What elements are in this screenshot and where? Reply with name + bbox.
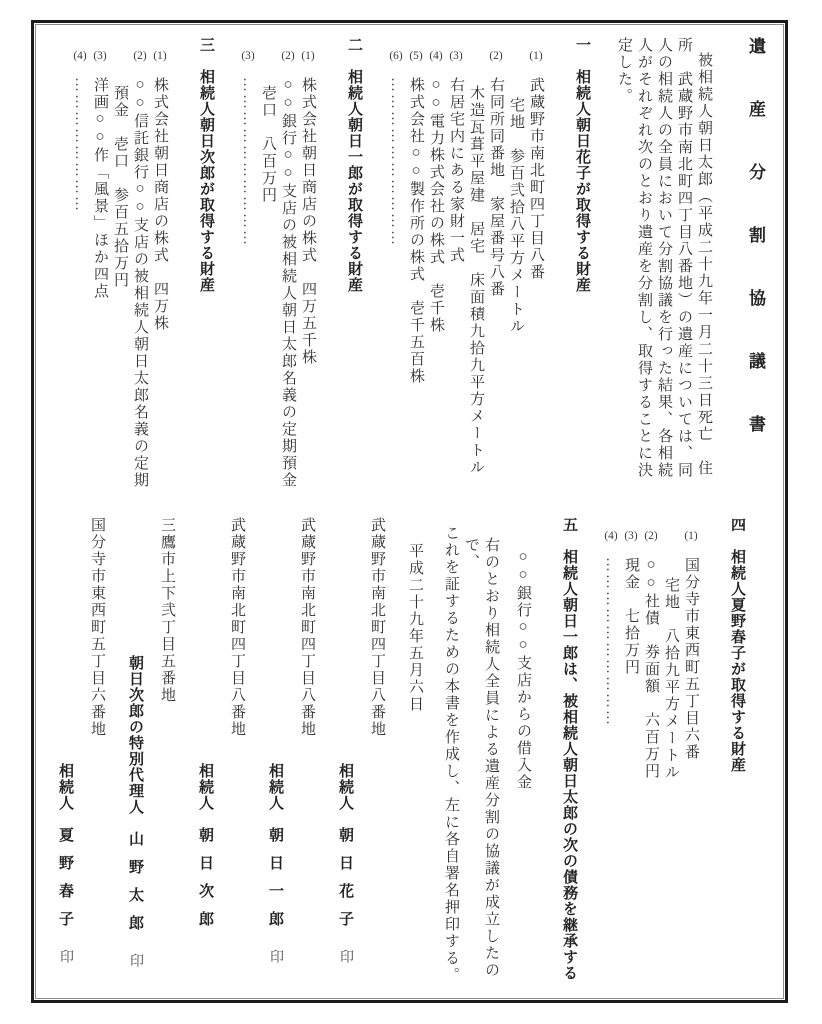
- intro-line: 人がそれぞれ次のとおり遺産を分割し、取得することに決: [634, 37, 654, 511]
- section-heading-text: 相続人夏野春子が取得する財産: [729, 549, 746, 773]
- intro-line: 定した。: [614, 37, 634, 511]
- intro-paragraph: 被相続人朝日太郎（平成二十九年一月二十三日死亡 住 所 武蔵野市南北町四丁目八番…: [614, 37, 714, 511]
- item-line: (3)現金 七拾万円: [621, 517, 641, 997]
- item-line: (3)洋画○○作「風景」ほか四点: [90, 37, 110, 511]
- section-number: 一: [574, 37, 591, 53]
- section-3: 三相続人朝日次郎が取得する財産 (1)株式会社朝日商店の株式 四万株 (2)○○…: [70, 37, 216, 511]
- item-number: (1): [153, 49, 167, 61]
- signature-role: 相続人: [57, 763, 74, 811]
- document-date: 平成二十九年五月六日: [405, 517, 425, 997]
- seal-mark: 印: [58, 949, 73, 963]
- section-1-heading: 一相続人朝日花子が取得する財産: [572, 37, 592, 511]
- item-line: ○○銀行○○支店からの借入金: [513, 517, 533, 997]
- item-number: (2): [133, 49, 147, 61]
- section-heading-text: 相続人朝日花子が取得する財産: [574, 69, 591, 293]
- seal-mark: 印: [268, 949, 283, 963]
- text-band-bottom: 四相続人夏野春子が取得する財産 (1)国分寺市東西町五丁目六番 宅地 八拾九平方…: [42, 517, 769, 997]
- section-5-heading: 五相続人朝日一郎は、被相続人朝日太郎の次の債務を継承する: [559, 517, 579, 997]
- item-number: (4): [429, 49, 443, 61]
- item-line: 宅地 参百弐拾八平方メートル: [506, 37, 526, 511]
- dots-line: (4)…………………………: [601, 517, 621, 997]
- signature-block: 国分寺市東西町五丁目六番地 相続人夏野春子印: [37, 517, 107, 963]
- dots-line: (6)…………………………: [386, 37, 406, 511]
- closing-line: これを証するための本書を作成し、左に各自署名押印する。: [441, 517, 461, 997]
- signature-name-line: 朝日次郎の特別代理人山野太郎印: [123, 517, 147, 967]
- signature-role: 相続人: [197, 763, 214, 811]
- signature-block-special-representative: 三鷹市上下弐丁目五番地 朝日次郎の特別代理人山野太郎印: [107, 517, 177, 967]
- item-line: (1)株式会社朝日商店の株式 四万株: [150, 37, 170, 511]
- closing-paragraph: 右のとおり相続人全員による遺産分割の協議が成立したので、 これを証するための本書…: [441, 517, 501, 997]
- item-line: (2)○○銀行○○支店の被相続人朝日太郎名義の定期預金: [278, 37, 298, 511]
- section-number: 三: [198, 37, 215, 53]
- item-line: (3)右居宅内にある家財一式: [446, 37, 466, 511]
- item-line: (1)国分寺市東西町五丁目六番: [681, 517, 701, 997]
- signature-address: 国分寺市東西町五丁目六番地: [87, 517, 107, 963]
- signature-name-line: 相続人夏野春子印: [53, 517, 77, 963]
- item-line: (2)○○社債 券面額 六百万円: [641, 517, 661, 997]
- document-title: 遺産分割協議書: [742, 37, 769, 511]
- section-3-heading: 三相続人朝日次郎が取得する財産: [196, 37, 216, 511]
- signature-name-line: 相続人朝日花子印: [333, 517, 357, 963]
- section-heading-text: 相続人朝日次郎が取得する財産: [198, 69, 215, 293]
- item-line: (2)右同所同番地 家屋番号八番: [486, 37, 506, 511]
- signature-role: 相続人: [337, 763, 354, 811]
- section-number: 五: [561, 517, 578, 533]
- item-number: (3): [241, 49, 255, 61]
- scanned-legal-document: { "colors": { "ink": "#303030", "border"…: [0, 0, 822, 1024]
- signature-name-line: 相続人朝日次郎: [193, 517, 217, 949]
- section-heading-text: 相続人朝日一郎は、被相続人朝日太郎の次の債務を継承する: [561, 549, 578, 981]
- section-number: 四: [729, 517, 746, 533]
- closing-line: 右のとおり相続人全員による遺産分割の協議が成立したので、: [461, 517, 501, 997]
- section-number: 二: [346, 37, 363, 53]
- signature-block: 武蔵野市南北町四丁目八番地 相続人朝日花子印: [317, 517, 387, 963]
- signature-name: 朝日花子: [337, 827, 354, 939]
- item-line: (1)株式会社朝日商店の株式 四万五千株: [298, 37, 318, 511]
- item-number: (5): [409, 49, 423, 61]
- item-number: (3): [624, 529, 638, 541]
- item-line: 壱口 八百万円: [258, 37, 278, 511]
- item-line: (4)○○電力株式会社の株式 壱千株: [426, 37, 446, 511]
- item-line: (1)武蔵野市南北町四丁目八番: [526, 37, 546, 511]
- section-4: 四相続人夏野春子が取得する財産 (1)国分寺市東西町五丁目六番 宅地 八拾九平方…: [601, 517, 747, 997]
- signature-address: 三鷹市上下弐丁目五番地: [157, 517, 177, 967]
- item-number: (1): [529, 49, 543, 61]
- item-number: (1): [684, 529, 698, 541]
- intro-line: 所 武蔵野市南北町四丁目八番地）の遺産については、同: [674, 37, 694, 511]
- document-border: 遺産分割協議書 被相続人朝日太郎（平成二十九年一月二十三日死亡 住 所 武蔵野市…: [31, 20, 788, 1003]
- item-line: (5)株式会社○○製作所の株式 壱千五百株: [406, 37, 426, 511]
- signature-role: 相続人: [267, 763, 284, 811]
- signature-role: 朝日次郎の特別代理人: [127, 655, 144, 815]
- signature-address: 武蔵野市南北町四丁目八番地: [367, 517, 387, 963]
- item-number: (3): [449, 49, 463, 61]
- item-number: (4): [604, 529, 618, 541]
- dots-line: (3)…………………………: [238, 37, 258, 511]
- item-line: 宅地 八拾九平方メートル: [661, 517, 681, 997]
- signature-block: 武蔵野市南北町四丁目八番地 相続人朝日次郎: [177, 517, 247, 949]
- section-4-heading: 四相続人夏野春子が取得する財産: [727, 517, 747, 997]
- item-line: 預金 壱口 参百五拾万円: [110, 37, 130, 511]
- section-2: 二相続人朝日一郎が取得する財産 (1)株式会社朝日商店の株式 四万五千株 (2)…: [238, 37, 364, 511]
- seal-mark: 印: [128, 953, 143, 967]
- signature-address: 武蔵野市南北町四丁目八番地: [297, 517, 317, 963]
- section-2-heading: 二相続人朝日一郎が取得する財産: [344, 37, 364, 511]
- signature-address: 武蔵野市南北町四丁目八番地: [227, 517, 247, 949]
- intro-line: 被相続人朝日太郎（平成二十九年一月二十三日死亡 住: [694, 37, 714, 511]
- seal-mark: 印: [338, 949, 353, 963]
- item-number: (2): [644, 529, 658, 541]
- dots-line: (4)……………………: [70, 37, 90, 511]
- item-number: (2): [489, 49, 503, 61]
- document-page: 遺産分割協議書 被相続人朝日太郎（平成二十九年一月二十三日死亡 住 所 武蔵野市…: [35, 24, 784, 999]
- item-number: (4): [73, 49, 87, 61]
- item-number: (2): [281, 49, 295, 61]
- section-1: 一相続人朝日花子が取得する財産 (1)武蔵野市南北町四丁目八番 宅地 参百弐拾八…: [386, 37, 592, 511]
- signature-name: 山野太郎: [127, 831, 144, 943]
- section-5: 五相続人朝日一郎は、被相続人朝日太郎の次の債務を継承する ○○銀行○○支店からの…: [513, 517, 579, 997]
- signature-name: 夏野春子: [57, 827, 74, 939]
- intro-line: 人の相続人の全員において分割協議を行った結果、各相続: [654, 37, 674, 511]
- item-number: (6): [389, 49, 403, 61]
- signature-name: 朝日一郎: [267, 827, 284, 939]
- item-number: (3): [93, 49, 107, 61]
- signature-name: 朝日次郎: [197, 827, 214, 939]
- item-line: (2)○○信託銀行○○支店の被相続人朝日太郎名義の定期: [130, 37, 150, 511]
- item-number: (1): [301, 49, 315, 61]
- item-line: 木造瓦葺平屋建 居宅 床面積九拾九平方メートル: [466, 37, 486, 511]
- signature-name-line: 相続人朝日一郎印: [263, 517, 287, 963]
- text-band-top: 遺産分割協議書 被相続人朝日太郎（平成二十九年一月二十三日死亡 住 所 武蔵野市…: [42, 37, 769, 511]
- section-heading-text: 相続人朝日一郎が取得する財産: [346, 69, 363, 293]
- signature-block: 武蔵野市南北町四丁目八番地 相続人朝日一郎印: [247, 517, 317, 963]
